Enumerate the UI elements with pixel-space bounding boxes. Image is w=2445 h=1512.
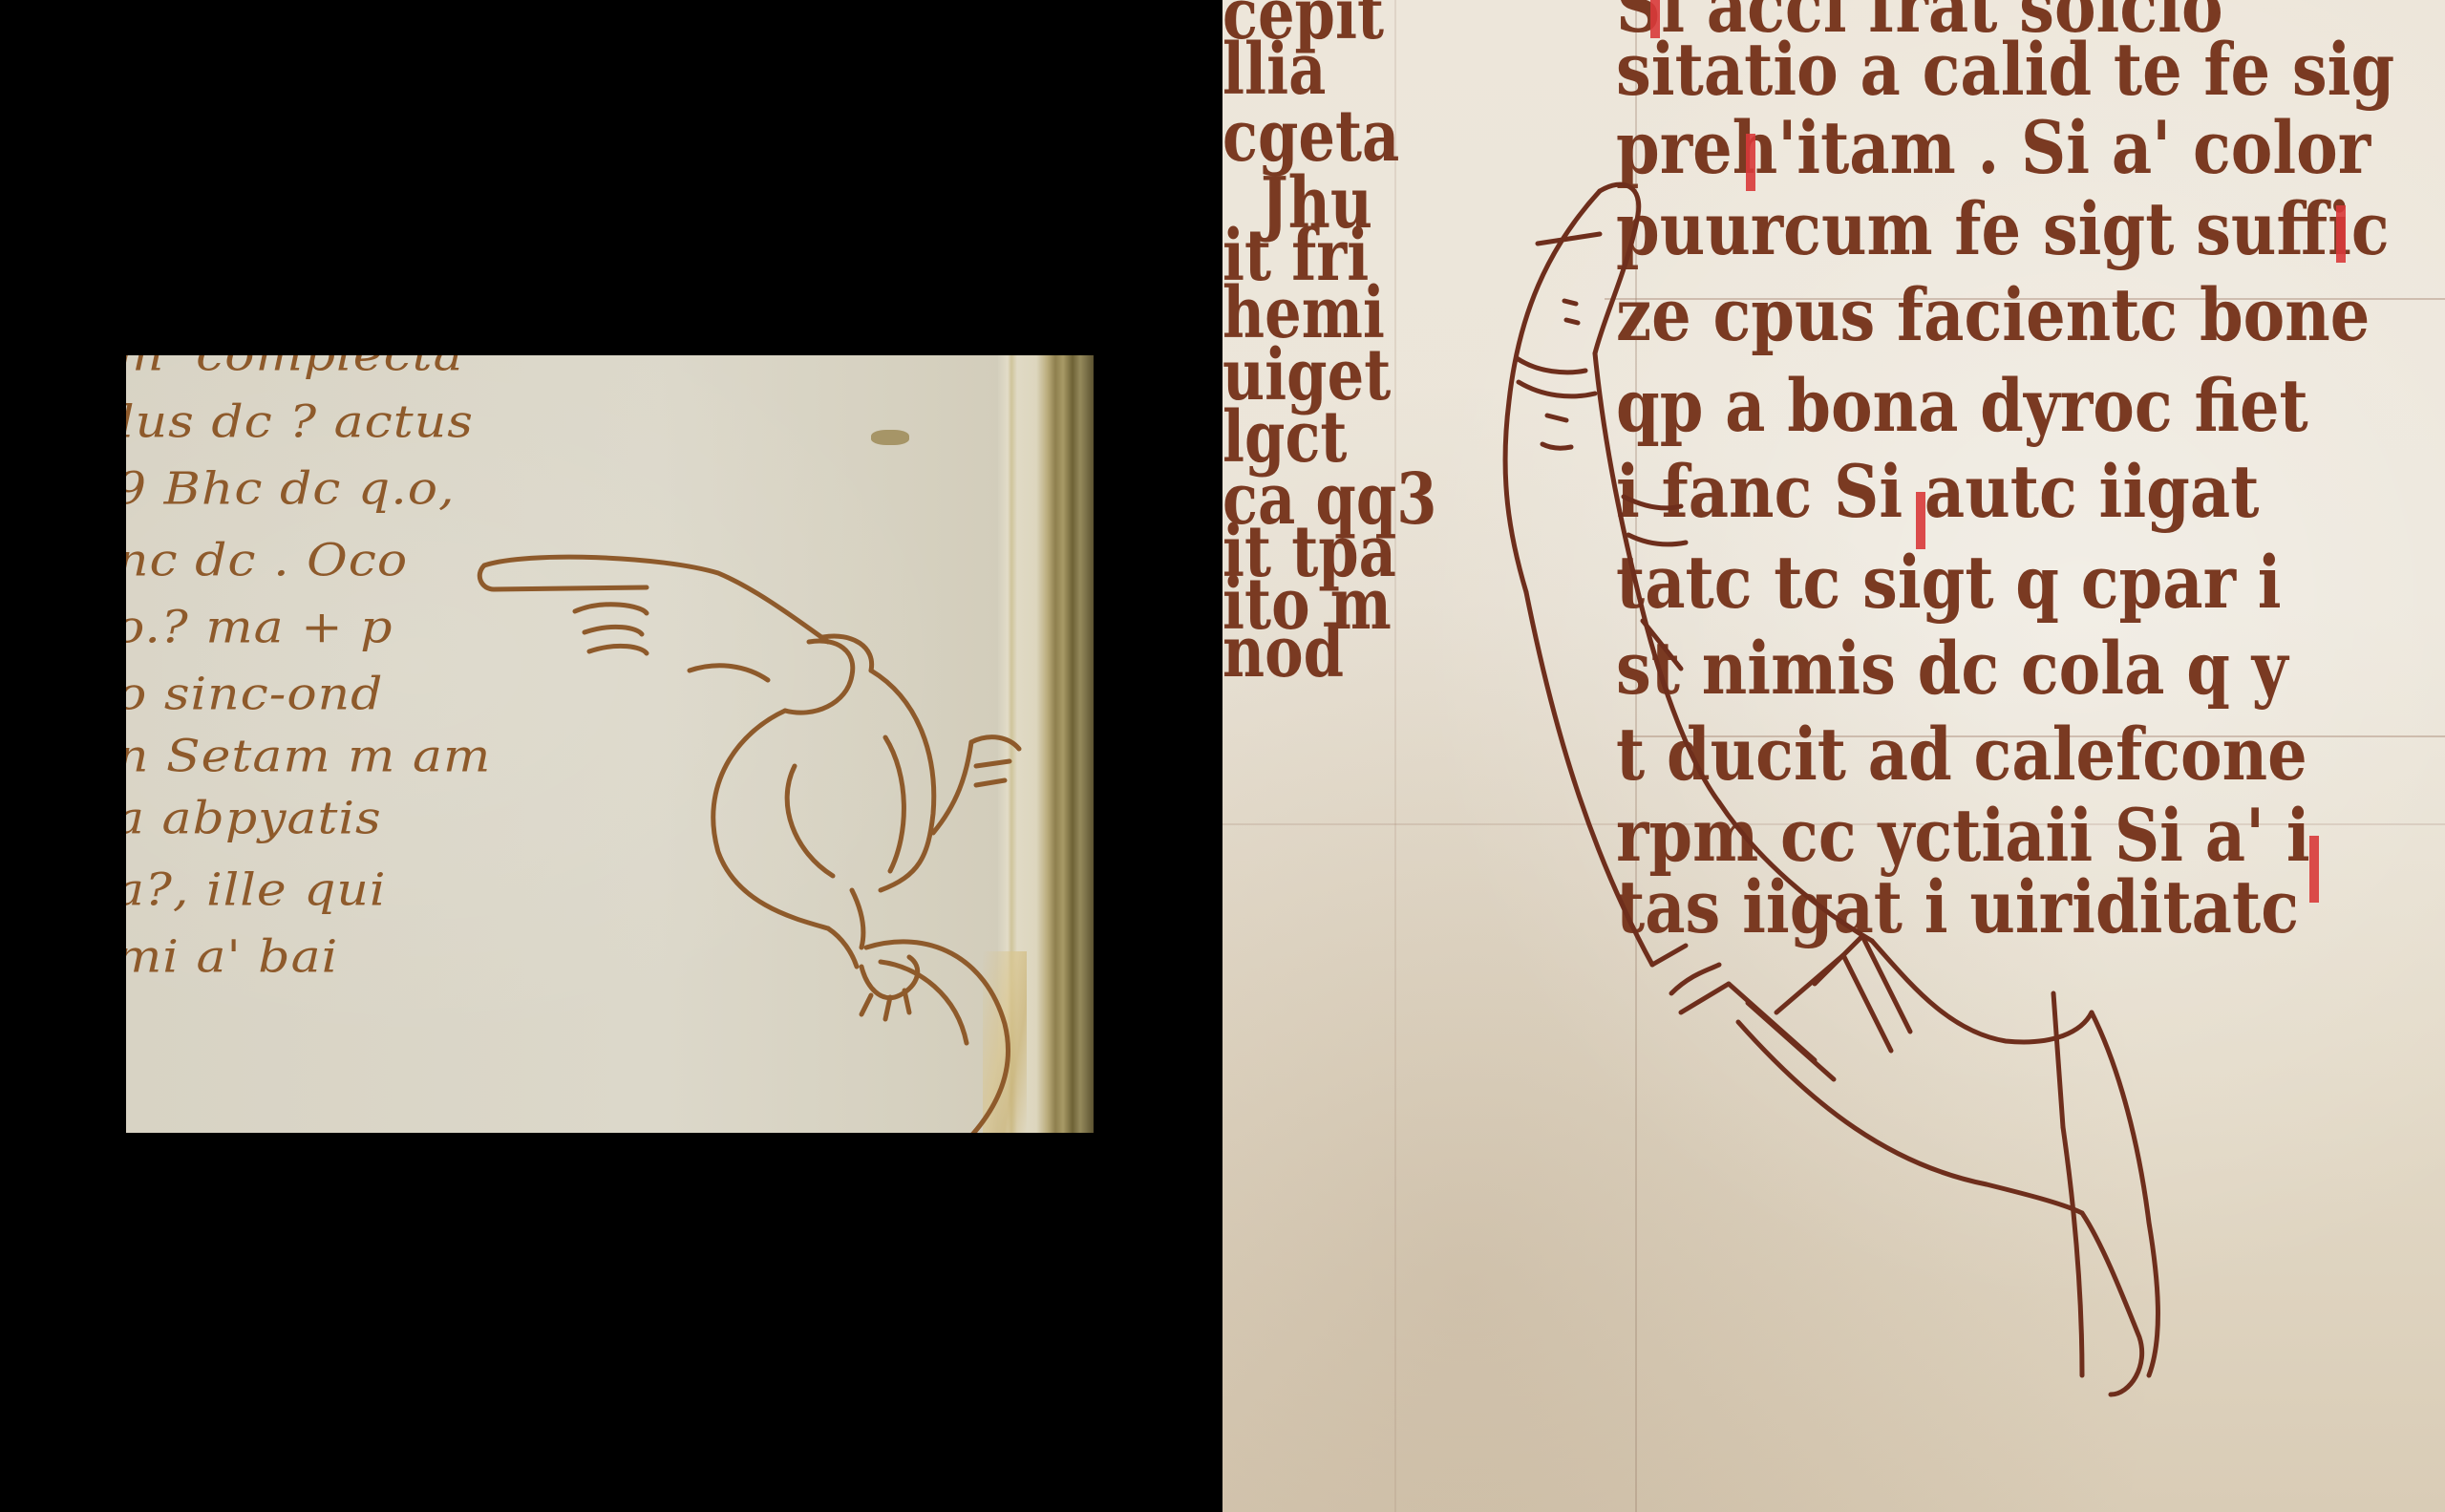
- manicule-drawing: [1222, 0, 2445, 1512]
- left-manuscript-photo: m' complecta lus dc ? actus 9 Bhc dc q.o…: [126, 355, 1094, 1133]
- right-manuscript-photo: cepit llia cgeta Jhu it fri hemi uiget l…: [1222, 0, 2445, 1512]
- manicule-drawing: [126, 355, 1094, 1133]
